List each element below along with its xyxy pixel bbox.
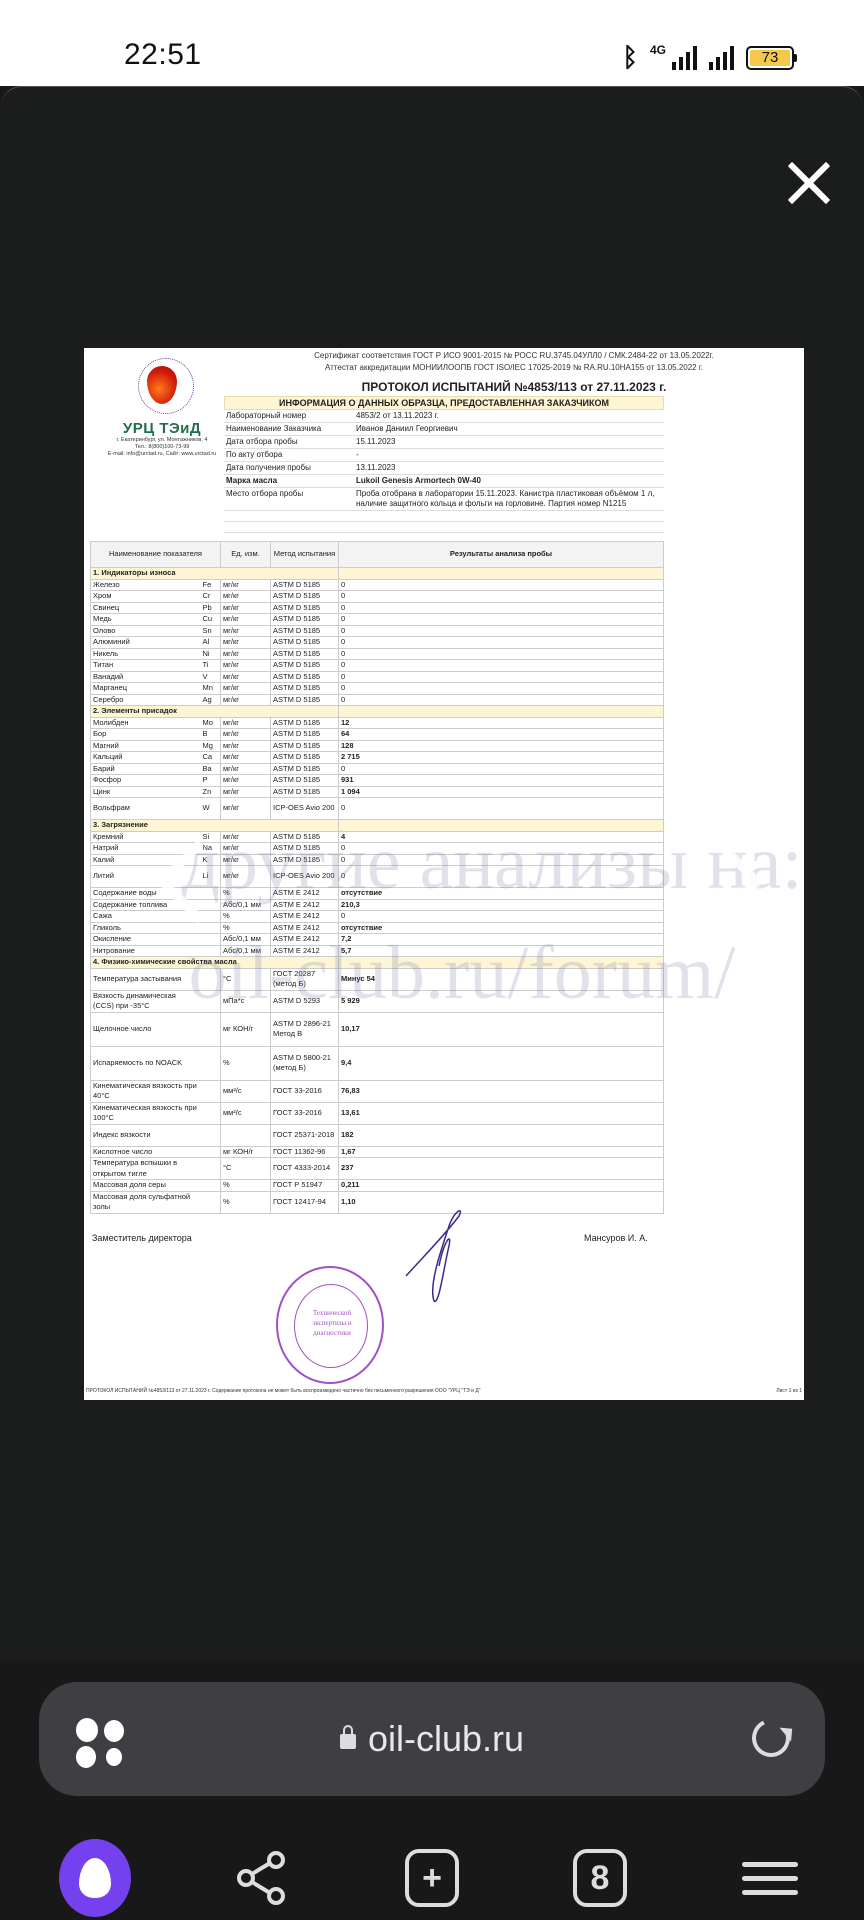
table-row: Испаряемость по NOACK%ASTM D 5800-21 (ме…	[91, 1046, 664, 1080]
browser-toolbar: oil-club.ru + 8	[0, 1660, 864, 1920]
param-method: ASTM D 5185	[271, 786, 339, 798]
param-name: Кислотное число	[91, 1146, 201, 1158]
table-row: ВольфрамWмг/кгICP-OES Avio 2000	[91, 798, 664, 820]
lab-address: г. Екатеринбург, ул. Монтажников, 4	[92, 437, 232, 444]
param-value: 0	[339, 591, 664, 603]
param-unit: мг/кг	[221, 729, 271, 741]
param-method: ASTM E 2412	[271, 911, 339, 923]
param-value: 0	[339, 843, 664, 855]
param-symbol: Mn	[201, 683, 221, 695]
param-symbol: W	[201, 798, 221, 820]
cert-line: Аттестат аккредитации МОНИИЛООПБ ГОСТ IS…	[224, 362, 804, 374]
info-label: Место отбора пробы	[224, 488, 354, 511]
param-method: ASTM D 5185	[271, 579, 339, 591]
chevron-left-icon[interactable]	[150, 830, 210, 930]
param-unit: мг/кг	[221, 683, 271, 695]
param-method: ASTM D 5185	[271, 775, 339, 787]
status-icons: ᛒ 4G 73	[622, 42, 794, 73]
param-value: 7,2	[339, 934, 664, 946]
menu-button[interactable]	[730, 1838, 810, 1918]
info-row: Место отбора пробыПроба отобрана в лабор…	[224, 488, 664, 511]
param-name: Испаряемость по NOACK	[91, 1046, 201, 1080]
section-title: 2. Элементы присадок	[91, 706, 339, 718]
param-method: ASTM D 5800-21 (метод Б)	[271, 1046, 339, 1080]
table-row: Массовая доля сульфатной золы%ГОСТ 12417…	[91, 1191, 664, 1213]
col-method: Метод испытания	[271, 542, 339, 568]
param-method: ASTM D 5185	[271, 717, 339, 729]
param-symbol: Ag	[201, 694, 221, 706]
table-row: ОкислениеАбс/0,1 ммASTM E 24127,2	[91, 934, 664, 946]
param-method: ГОСТ Р 51947	[271, 1180, 339, 1192]
param-method: ГОСТ 20287 (метод Б)	[271, 968, 339, 990]
table-row: МолибденMoмг/кгASTM D 518512	[91, 717, 664, 729]
official-stamp: Технической экспертизы и диагностики	[276, 1266, 384, 1384]
param-unit: Абс/0,1 мм	[221, 934, 271, 946]
table-row: Кислотное числомг КОН/гГОСТ 11362-961,67	[91, 1146, 664, 1158]
param-unit: мм²/с	[221, 1102, 271, 1124]
param-unit: мг/кг	[221, 775, 271, 787]
table-row: Кинематическая вязкость при 40°Смм²/сГОС…	[91, 1080, 664, 1102]
param-symbol: Ba	[201, 763, 221, 775]
param-method: ГОСТ 12417-94	[271, 1191, 339, 1213]
param-symbol	[201, 1012, 221, 1046]
param-name: Барий	[91, 763, 201, 775]
section-row: 1. Индикаторы износа	[91, 568, 664, 580]
param-unit: мг/кг	[221, 625, 271, 637]
table-row: СереброAgмг/кгASTM D 51850	[91, 694, 664, 706]
param-name: Хром	[91, 591, 201, 603]
param-name: Алюминий	[91, 637, 201, 649]
param-value: 2 715	[339, 752, 664, 764]
param-name: Никель	[91, 648, 201, 660]
param-value: 0	[339, 911, 664, 923]
param-name: Цинк	[91, 786, 201, 798]
table-row: ХромCrмг/кгASTM D 51850	[91, 591, 664, 603]
param-value: 1 094	[339, 786, 664, 798]
param-name: Молибден	[91, 717, 201, 729]
param-method: ASTM D 5185	[271, 854, 339, 866]
param-method: ASTM D 5185	[271, 683, 339, 695]
param-symbol	[201, 1158, 221, 1180]
table-row: МедьCuмг/кгASTM D 51850	[91, 614, 664, 626]
param-value: 0	[339, 866, 664, 888]
param-symbol: V	[201, 671, 221, 683]
param-name: Кальций	[91, 752, 201, 764]
param-value: 0	[339, 660, 664, 672]
param-value: 0	[339, 694, 664, 706]
param-unit: мг/кг	[221, 831, 271, 843]
param-value: 0	[339, 648, 664, 660]
param-symbol: Sn	[201, 625, 221, 637]
param-unit: мг/кг	[221, 854, 271, 866]
param-value: 10,17	[339, 1012, 664, 1046]
param-unit: мг/кг	[221, 637, 271, 649]
param-name: Окисление	[91, 934, 201, 946]
param-value: 0	[339, 854, 664, 866]
tabs-button[interactable]: 8	[560, 1838, 640, 1918]
param-unit: мг/кг	[221, 671, 271, 683]
param-name: Вязкость динамическая (CCS) при -35°С	[91, 990, 201, 1012]
info-row: Марка маслаLukoil Genesis Armortech 0W-4…	[224, 475, 664, 488]
param-value: 76,83	[339, 1080, 664, 1102]
param-symbol	[201, 1080, 221, 1102]
param-value: 0	[339, 671, 664, 683]
url-text: oil-club.ru	[368, 1718, 524, 1759]
param-value: 931	[339, 775, 664, 787]
param-unit: мм²/с	[221, 1080, 271, 1102]
param-value: 182	[339, 1124, 664, 1146]
signal-icon-2	[709, 46, 734, 70]
table-row: ТитанTiмг/кгASTM D 51850	[91, 660, 664, 672]
param-unit	[221, 1124, 271, 1146]
param-method: ГОСТ 25371-2018	[271, 1124, 339, 1146]
param-symbol	[201, 968, 221, 990]
param-unit: °С	[221, 968, 271, 990]
info-row: Лабораторный номер4853/2 от 13.11.2023 г…	[224, 410, 664, 423]
info-label: Марка масла	[224, 475, 354, 488]
info-row: Дата отбора пробы15.11.2023	[224, 436, 664, 449]
param-unit: мг КОН/г	[221, 1012, 271, 1046]
param-name: Марганец	[91, 683, 201, 695]
param-value: 128	[339, 740, 664, 752]
info-value: -	[354, 449, 664, 462]
lab-name: УРЦ ТЭиД	[92, 420, 232, 437]
param-symbol: Al	[201, 637, 221, 649]
bottom-nav: + 8	[0, 1838, 864, 1918]
address-bar[interactable]: oil-club.ru	[39, 1682, 825, 1796]
param-unit: мг/кг	[221, 660, 271, 672]
table-row: ЦинкZnмг/кгASTM D 51851 094	[91, 786, 664, 798]
param-unit: мг/кг	[221, 614, 271, 626]
param-symbol	[201, 945, 221, 957]
table-row: НитрованиеАбс/0,1 ммASTM E 24125,7	[91, 945, 664, 957]
signature	[404, 1206, 464, 1316]
plus-icon: +	[405, 1849, 459, 1907]
param-method: ICP-OES Avio 200	[271, 798, 339, 820]
param-symbol	[201, 934, 221, 946]
section-title: 3. Загрязнение	[91, 820, 339, 832]
results-header-row: Наименование показателя Ед. изм. Метод и…	[91, 542, 664, 568]
param-name: Медь	[91, 614, 201, 626]
param-value: 1,67	[339, 1146, 664, 1158]
protocol-title: ПРОТОКОЛ ИСПЫТАНИЙ №4853/113 от 27.11.20…	[224, 380, 804, 394]
col-name: Наименование показателя	[91, 542, 221, 568]
param-method: ASTM E 2412	[271, 922, 339, 934]
param-name: Массовая доля сульфатной золы	[91, 1191, 201, 1213]
param-name: Щелочное число	[91, 1012, 201, 1046]
param-method: ASTM D 5185	[271, 752, 339, 764]
new-tab-button[interactable]: +	[392, 1838, 472, 1918]
param-unit: мг/кг	[221, 843, 271, 855]
tabs-count: 8	[573, 1849, 627, 1907]
info-value: Lukoil Genesis Armortech 0W-40	[354, 475, 664, 488]
param-symbol: B	[201, 729, 221, 741]
param-name: Фосфор	[91, 775, 201, 787]
share-button[interactable]	[222, 1838, 302, 1918]
col-unit: Ед. изм.	[221, 542, 271, 568]
sample-info-header: ИНФОРМАЦИЯ О ДАННЫХ ОБРАЗЦА, ПРЕДОСТАВЛЕ…	[224, 396, 664, 410]
info-label: По акту отбора	[224, 449, 354, 462]
lab-phone: Тел.: 8(800)100-73-99	[92, 444, 232, 451]
param-symbol	[201, 1124, 221, 1146]
info-label: Дата получения пробы	[224, 462, 354, 475]
param-unit: мг/кг	[221, 579, 271, 591]
param-method: ASTM D 5185	[271, 831, 339, 843]
param-symbol: Pb	[201, 602, 221, 614]
section-title: 1. Индикаторы износа	[91, 568, 339, 580]
param-name: Бор	[91, 729, 201, 741]
param-method: ASTM D 2896-21 Метод В	[271, 1012, 339, 1046]
param-name: Магний	[91, 740, 201, 752]
param-method: ASTM D 5185	[271, 602, 339, 614]
param-value: 9,4	[339, 1046, 664, 1080]
info-row-empty	[224, 511, 664, 522]
param-unit: %	[221, 922, 271, 934]
table-row: КальцийCaмг/кгASTM D 51852 715	[91, 752, 664, 764]
param-method: ICP-OES Avio 200	[271, 866, 339, 888]
param-name: Железо	[91, 579, 201, 591]
param-name: Серебро	[91, 694, 201, 706]
param-method: ГОСТ 33-2016	[271, 1080, 339, 1102]
param-name: Вольфрам	[91, 798, 201, 820]
certificates: Сертификат соответствия ГОСТ Р ИСО 9001-…	[224, 350, 804, 374]
param-unit: °С	[221, 1158, 271, 1180]
table-row: Массовая доля серы%ГОСТ Р 519470,211	[91, 1180, 664, 1192]
info-label: Дата отбора пробы	[224, 436, 354, 449]
param-value: 0	[339, 798, 664, 820]
info-value: 4853/2 от 13.11.2023 г.	[354, 410, 664, 423]
param-unit: %	[221, 1046, 271, 1080]
param-name: Индекс вязкости	[91, 1124, 201, 1146]
param-symbol: Cu	[201, 614, 221, 626]
table-row: НикельNiмг/кгASTM D 51850	[91, 648, 664, 660]
param-value: 64	[339, 729, 664, 741]
col-result: Результаты анализа пробы	[339, 542, 664, 568]
param-method: ГОСТ 33-2016	[271, 1102, 339, 1124]
param-unit: мг КОН/г	[221, 1146, 271, 1158]
signal-icon	[672, 46, 697, 70]
param-method: ASTM D 5185	[271, 729, 339, 741]
param-symbol	[201, 1191, 221, 1213]
param-method: ASTM D 5293	[271, 990, 339, 1012]
param-value: отсутствие	[339, 888, 664, 900]
param-symbol: Zn	[201, 786, 221, 798]
lock-icon	[340, 1734, 356, 1749]
section-title: 4. Физико-химические свойства масла	[91, 957, 339, 969]
sample-info-table: Лабораторный номер4853/2 от 13.11.2023 г…	[224, 410, 664, 544]
param-unit: Абс/0,1 мм	[221, 899, 271, 911]
table-row: Температура вспышки в открытом тигле°СГО…	[91, 1158, 664, 1180]
param-unit: %	[221, 1191, 271, 1213]
menu-icon	[742, 1853, 798, 1904]
stamp-text: Технической экспертизы и диагностики	[306, 1308, 358, 1338]
status-bar: 22:51 ᛒ 4G 73	[0, 0, 864, 86]
param-value: 0	[339, 763, 664, 775]
chevron-right-icon[interactable]	[696, 830, 756, 930]
param-method: ASTM D 5185	[271, 591, 339, 603]
info-row: Дата получения пробы13.11.2023	[224, 462, 664, 475]
table-row: БарийBaмг/кгASTM D 51850	[91, 763, 664, 775]
network-type: 4G	[650, 43, 666, 57]
param-name: Температура вспышки в открытом тигле	[91, 1158, 201, 1180]
param-unit: мг/кг	[221, 648, 271, 660]
param-unit: %	[221, 1180, 271, 1192]
param-method: ASTM E 2412	[271, 899, 339, 911]
param-method: ASTM E 2412	[271, 888, 339, 900]
table-row: Температура застывания°СГОСТ 20287 (мето…	[91, 968, 664, 990]
param-method: ASTM D 5185	[271, 671, 339, 683]
param-symbol	[201, 990, 221, 1012]
param-unit: мг/кг	[221, 763, 271, 775]
info-value: 13.11.2023	[354, 462, 664, 475]
info-row: Наименование ЗаказчикаИванов Даниил Геор…	[224, 423, 664, 436]
param-name: Кинематическая вязкость при 100°С	[91, 1102, 201, 1124]
param-value: 0	[339, 683, 664, 695]
table-row: МагнийMgмг/кгASTM D 5185128	[91, 740, 664, 752]
param-value: 0	[339, 579, 664, 591]
param-method: ASTM D 5185	[271, 614, 339, 626]
table-row: АлюминийAlмг/кгASTM D 51850	[91, 637, 664, 649]
table-row: Щелочное числомг КОН/гASTM D 2896-21 Мет…	[91, 1012, 664, 1046]
param-method: ГОСТ 11362-96	[271, 1146, 339, 1158]
param-symbol	[201, 1102, 221, 1124]
info-value: Проба отобрана в лаборатории 15.11.2023.…	[354, 488, 664, 511]
param-symbol: Ti	[201, 660, 221, 672]
param-method: ASTM D 5185	[271, 648, 339, 660]
param-value: Минус 54	[339, 968, 664, 990]
param-symbol: Mg	[201, 740, 221, 752]
param-method: ASTM E 2412	[271, 945, 339, 957]
param-name: Ванадий	[91, 671, 201, 683]
param-name: Титан	[91, 660, 201, 672]
cert-line: Сертификат соответствия ГОСТ Р ИСО 9001-…	[224, 350, 804, 362]
info-label: Наименование Заказчика	[224, 423, 354, 436]
param-symbol: Ni	[201, 648, 221, 660]
param-unit: мПа*с	[221, 990, 271, 1012]
footer-note: ПРОТОКОЛ ИСПЫТАНИЙ №4853/113 от 27.11.20…	[86, 1388, 481, 1394]
param-unit: мг/кг	[221, 602, 271, 614]
param-value: 0	[339, 614, 664, 626]
param-method: ASTM D 5185	[271, 637, 339, 649]
param-method: ASTM D 5185	[271, 763, 339, 775]
param-value: 210,3	[339, 899, 664, 911]
param-value: 237	[339, 1158, 664, 1180]
section-row: 2. Элементы присадок	[91, 706, 664, 718]
info-row: По акту отбора-	[224, 449, 664, 462]
param-name: Температура застывания	[91, 968, 201, 990]
param-value: 0	[339, 637, 664, 649]
param-unit: мг/кг	[221, 591, 271, 603]
param-symbol: P	[201, 775, 221, 787]
param-value: 0	[339, 625, 664, 637]
info-row-empty	[224, 522, 664, 533]
param-symbol	[201, 1046, 221, 1080]
share-icon	[234, 1848, 290, 1908]
section-row: 4. Физико-химические свойства масла	[91, 957, 664, 969]
table-row: ЖелезоFeмг/кгASTM D 51850	[91, 579, 664, 591]
param-unit: Абс/0,1 мм	[221, 945, 271, 957]
param-symbol: Ca	[201, 752, 221, 764]
param-method: ASTM E 2412	[271, 934, 339, 946]
table-row: ФосфорPмг/кгASTM D 5185931	[91, 775, 664, 787]
param-value: 1,10	[339, 1191, 664, 1213]
param-unit: мг/кг	[221, 798, 271, 820]
table-row: ОловоSnмг/кгASTM D 51850	[91, 625, 664, 637]
lab-logo: УРЦ ТЭиД г. Екатеринбург, ул. Монтажнико…	[92, 356, 232, 458]
param-name: Олово	[91, 625, 201, 637]
param-value: 5,7	[339, 945, 664, 957]
battery-level: 73	[750, 50, 790, 66]
param-symbol	[201, 1180, 221, 1192]
param-value: 5 929	[339, 990, 664, 1012]
param-unit: мг/кг	[221, 717, 271, 729]
table-row: БорBмг/кгASTM D 518564	[91, 729, 664, 741]
param-method: ASTM D 5185	[271, 694, 339, 706]
param-method: ASTM D 5185	[271, 660, 339, 672]
param-method: ГОСТ 4333-2014	[271, 1158, 339, 1180]
param-method: ASTM D 5185	[271, 625, 339, 637]
param-unit: мг/кг	[221, 694, 271, 706]
param-unit: мг/кг	[221, 752, 271, 764]
alice-icon	[59, 1839, 131, 1917]
param-value: 4	[339, 831, 664, 843]
param-value: отсутствие	[339, 922, 664, 934]
param-value: 0	[339, 602, 664, 614]
info-value: 15.11.2023	[354, 436, 664, 449]
url-display[interactable]: oil-club.ru	[39, 1718, 825, 1760]
info-label: Лабораторный номер	[224, 410, 354, 423]
param-name: Свинец	[91, 602, 201, 614]
page-count: Лист 1 из 1	[776, 1388, 802, 1394]
param-unit: %	[221, 911, 271, 923]
signer-role: Заместитель директора	[92, 1233, 192, 1243]
table-row: СвинецPbмг/кгASTM D 51850	[91, 602, 664, 614]
param-symbol: Mo	[201, 717, 221, 729]
param-symbol: Cr	[201, 591, 221, 603]
lab-contacts: E-mail: info@urctad.ru, Сайт: www.urctad…	[92, 451, 232, 458]
close-icon[interactable]	[786, 160, 832, 206]
param-value: 12	[339, 717, 664, 729]
param-unit: мг/кг	[221, 740, 271, 752]
table-row: МарганецMnмг/кгASTM D 51850	[91, 683, 664, 695]
table-row: ВанадийVмг/кгASTM D 51850	[91, 671, 664, 683]
param-unit: мг/кг	[221, 786, 271, 798]
param-name: Массовая доля серы	[91, 1180, 201, 1192]
param-method: ASTM D 5185	[271, 740, 339, 752]
battery-icon: 73	[746, 46, 794, 70]
param-value: 0,211	[339, 1180, 664, 1192]
param-name: Кинематическая вязкость при 40°С	[91, 1080, 201, 1102]
alice-assistant-button[interactable]	[55, 1838, 135, 1918]
table-row: Вязкость динамическая (CCS) при -35°СмПа…	[91, 990, 664, 1012]
param-symbol: Fe	[201, 579, 221, 591]
info-value: Иванов Даниил Георгиевич	[354, 423, 664, 436]
param-symbol	[201, 1146, 221, 1158]
bluetooth-icon: ᛒ	[622, 42, 638, 73]
signer-name: Мансуров И. А.	[584, 1233, 648, 1243]
table-row: Кинематическая вязкость при 100°Смм²/сГО…	[91, 1102, 664, 1124]
param-name: Нитрование	[91, 945, 201, 957]
table-row: Индекс вязкостиГОСТ 25371-2018182	[91, 1124, 664, 1146]
status-time: 22:51	[124, 38, 202, 72]
param-method: ASTM D 5185	[271, 843, 339, 855]
param-value: 13,61	[339, 1102, 664, 1124]
